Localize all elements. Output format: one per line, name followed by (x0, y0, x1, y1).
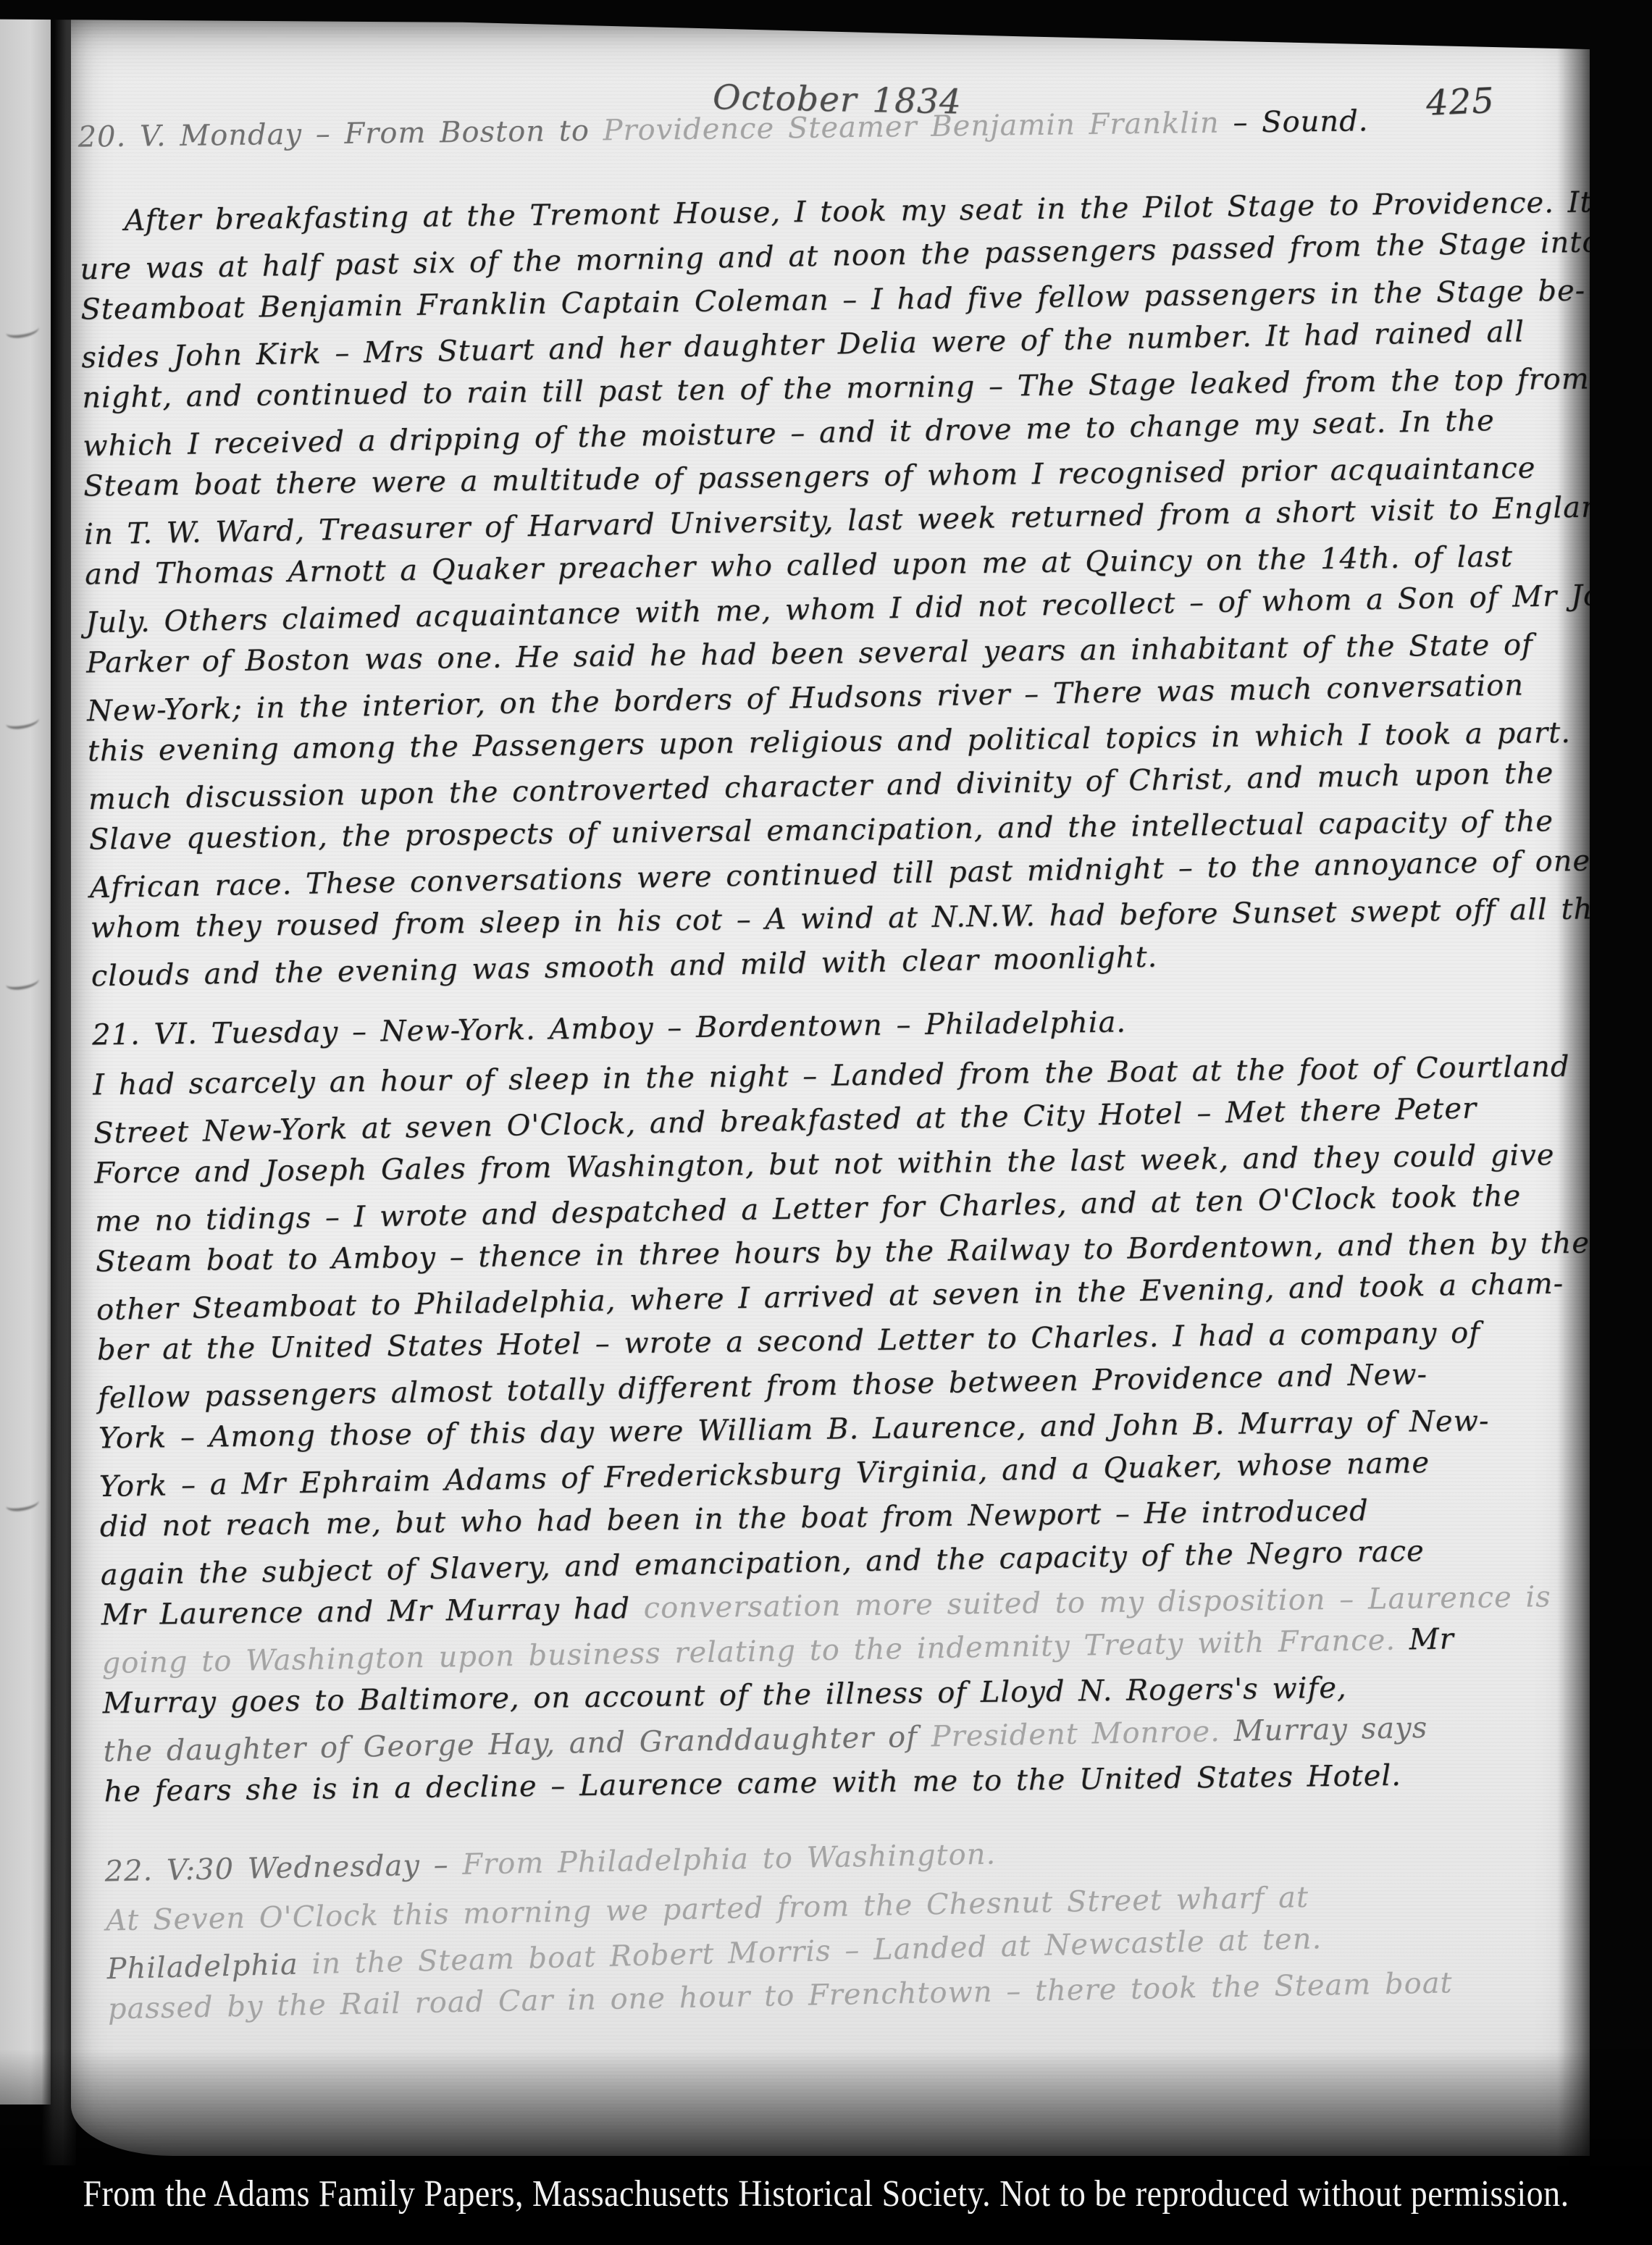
facing-page-ink-mark (5, 1495, 40, 1513)
ink-segment: From Philadelphia to Washington. (462, 1838, 997, 1881)
ink-segment: 21. VI. Tuesday – New-York. Amboy – Bord… (92, 1006, 1127, 1052)
scanned-diary-page: { "page": { "header_date": "October 1834… (0, 0, 1652, 2245)
entry-heading: 20. V. Monday – From Boston to Providenc… (77, 97, 1577, 160)
scan-bottom-border (0, 2049, 1652, 2245)
entry-body: At Seven O'Clock this morning we parted … (106, 1868, 1608, 2034)
entry-body: I had scarcely an hour of sleep in the n… (93, 1042, 1603, 1816)
ink-segment: Philadelphia (106, 1948, 298, 1986)
diary-entry: 22. V:30 Wednesday – From Philadelphia t… (104, 1818, 1607, 2034)
ink-segment: Mr Laurence and Mr Murray had (101, 1592, 644, 1632)
handwriting-layer: October 1834 425 20. V. Monday – From Bo… (56, 1, 1610, 2165)
entry-body: After breakfasting at the Tremont House,… (79, 178, 1590, 996)
ink-segment: – Sound. (1219, 104, 1368, 140)
facing-page-ink-mark (5, 322, 40, 340)
facing-page-ink-mark (5, 973, 40, 991)
manuscript-page: October 1834 425 20. V. Monday – From Bo… (71, 16, 1592, 2156)
scan-right-border (1590, 0, 1652, 2245)
ink-segment: 22. V:30 Wednesday – (104, 1848, 463, 1889)
ink-segment: 20. V. Monday – From Boston to (77, 114, 603, 154)
ink-segment: Providence Steamer Benjamin Franklin (603, 106, 1220, 148)
diary-entry: 20. V. Monday – From Boston to Providenc… (77, 94, 1590, 996)
ink-segment: Murray says (1220, 1711, 1427, 1748)
facing-page-ink-mark (5, 713, 40, 731)
archive-caption: From the Adams Family Papers, Massachuse… (0, 2172, 1652, 2215)
diary-entry: 21. VI. Tuesday – New-York. Amboy – Bord… (92, 992, 1603, 1816)
ink-segment: Mr (1409, 1622, 1454, 1656)
ink-segment: President Monroe. (931, 1715, 1220, 1753)
